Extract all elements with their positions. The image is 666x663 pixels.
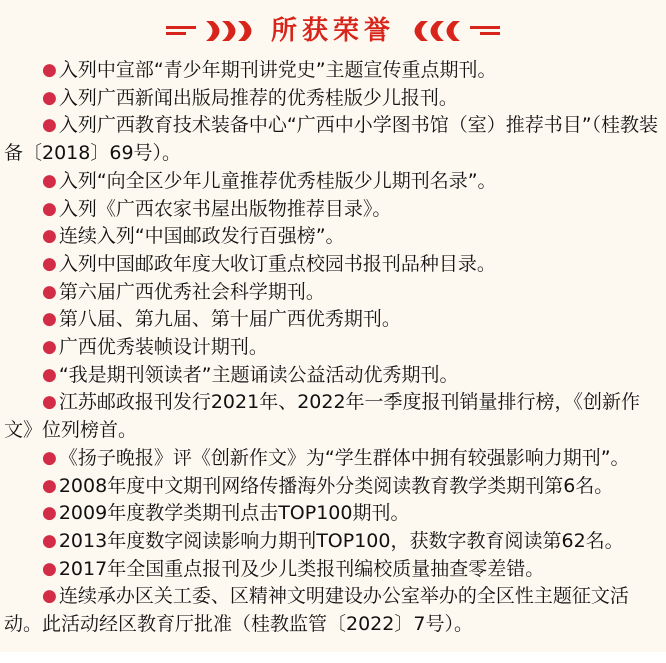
honor-item: ●2013年度数字阅读影响力期刊TOP100，获数字教育阅读第62名。 — [4, 528, 662, 556]
honor-text: 入列中宣部“青少年期刊讲党史”主题宣传重点期刊。 — [59, 59, 497, 81]
honor-item: ●入列《广西农家书屋出版物推荐目录》。 — [4, 196, 662, 224]
honor-item: ●江苏邮政报刊发行2021年、2022年一季度报刊销量排行榜，《创新作文》位列榜… — [4, 389, 662, 444]
honors-panel: 所获荣誉 ●入列中宣部“青少年期刊讲党史”主题宣传重点期刊。●入列广西新闻出版局… — [0, 0, 666, 652]
title-row: 所获荣誉 — [4, 13, 662, 49]
honor-item: ●连续承办区关工委、区精神文明建设办公室举办的全区性主题征文活动。此活动经区教育… — [4, 583, 662, 638]
honor-text: 连续入列“中国邮政发行百强榜”。 — [59, 225, 345, 247]
honor-list: ●入列中宣部“青少年期刊讲党史”主题宣传重点期刊。●入列广西新闻出版局推荐的优秀… — [4, 57, 662, 639]
bullet-icon: ● — [42, 476, 57, 496]
title-ornament-left-arrows-icon — [166, 18, 258, 44]
bullet-icon: ● — [42, 199, 57, 219]
bullet-icon: ● — [42, 503, 57, 523]
honor-text: 第六届广西优秀社会科学期刊。 — [59, 281, 325, 303]
honor-text: 入列《广西农家书屋出版物推荐目录》。 — [59, 198, 392, 220]
bullet-icon: ● — [42, 171, 57, 191]
bullet-icon: ● — [42, 282, 57, 302]
honor-item: ●入列广西新闻出版局推荐的优秀桂版少儿报刊。 — [4, 85, 662, 113]
bullet-icon: ● — [42, 115, 57, 135]
bullet-icon: ● — [42, 392, 57, 412]
honor-text: 连续承办区关工委、区精神文明建设办公室举办的全区性主题征文活动。此活动经区教育厅… — [4, 585, 629, 635]
honor-item: ●《扬子晚报》评《创新作文》为“学生群体中拥有较强影响力期刊”。 — [4, 445, 662, 473]
honor-text: 2017年全国重点报刊及少儿类报刊编校质量抽查零差错。 — [59, 558, 544, 580]
honor-item: ●广西优秀装帧设计期刊。 — [4, 334, 662, 362]
honor-text: 入列“向全区少年儿童推荐优秀桂版少儿期刊名录”。 — [59, 170, 497, 192]
honor-item: ●2017年全国重点报刊及少儿类报刊编校质量抽查零差错。 — [4, 556, 662, 584]
honor-text: 第八届、第九届、第十届广西优秀期刊。 — [59, 308, 401, 330]
honor-item: ●第六届广西优秀社会科学期刊。 — [4, 279, 662, 307]
honor-item: ●“我是期刊领读者”主题诵读公益活动优秀期刊。 — [4, 362, 662, 390]
honor-text: 2008年度中文期刊网络传播海外分类阅读教育教学类期刊第6名。 — [59, 475, 613, 497]
honor-text: “我是期刊领读者”主题诵读公益活动优秀期刊。 — [59, 364, 459, 386]
bullet-icon: ● — [42, 337, 57, 357]
honor-item: ●连续入列“中国邮政发行百强榜”。 — [4, 223, 662, 251]
bullet-icon: ● — [42, 60, 57, 80]
bullet-icon: ● — [42, 309, 57, 329]
bottom-whitespace — [0, 652, 666, 663]
honor-text: 入列广西教育技术装备中心“广西中小学图书馆（室）推荐书目”（桂教装备〔2018〕… — [4, 114, 658, 164]
honor-text: 2009年度教学类期刊点击TOP100期刊。 — [59, 502, 410, 524]
honor-item: ●入列广西教育技术装备中心“广西中小学图书馆（室）推荐书目”（桂教装备〔2018… — [4, 112, 662, 167]
honor-item: ●入列中宣部“青少年期刊讲党史”主题宣传重点期刊。 — [4, 57, 662, 85]
bullet-icon: ● — [42, 254, 57, 274]
bullet-icon: ● — [42, 559, 57, 579]
bullet-icon: ● — [42, 531, 57, 551]
bullet-icon: ● — [42, 365, 57, 385]
honor-text: 江苏邮政报刊发行2021年、2022年一季度报刊销量排行榜，《创新作文》位列榜首… — [4, 391, 640, 441]
bullet-icon: ● — [42, 586, 57, 606]
honor-text: 广西优秀装帧设计期刊。 — [59, 336, 268, 358]
title-ornament-right-arrows-icon — [408, 18, 500, 44]
honor-text: 入列中国邮政年度大收订重点校园书报刊品种目录。 — [59, 253, 496, 275]
honor-item: ●2009年度教学类期刊点击TOP100期刊。 — [4, 500, 662, 528]
honor-item: ●2008年度中文期刊网络传播海外分类阅读教育教学类期刊第6名。 — [4, 473, 662, 501]
bullet-icon: ● — [42, 226, 57, 246]
honor-item: ●入列“向全区少年儿童推荐优秀桂版少儿期刊名录”。 — [4, 168, 662, 196]
bullet-icon: ● — [42, 448, 57, 468]
page-title: 所获荣誉 — [271, 18, 395, 44]
honor-item: ●第八届、第九届、第十届广西优秀期刊。 — [4, 306, 662, 334]
bullet-icon: ● — [42, 88, 57, 108]
honor-text: 入列广西新闻出版局推荐的优秀桂版少儿报刊。 — [59, 87, 458, 109]
honor-text: 《扬子晚报》评《创新作文》为“学生群体中拥有较强影响力期刊”。 — [59, 447, 630, 469]
honor-item: ●入列中国邮政年度大收订重点校园书报刊品种目录。 — [4, 251, 662, 279]
honor-text: 2013年度数字阅读影响力期刊TOP100，获数字教育阅读第62名。 — [59, 530, 624, 552]
